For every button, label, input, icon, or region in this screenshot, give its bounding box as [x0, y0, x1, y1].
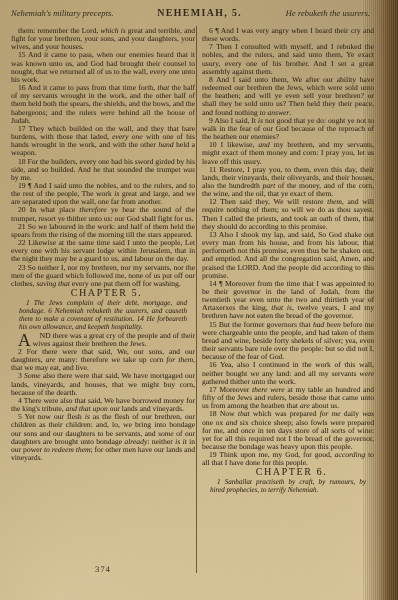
verse: 21 So we laboured in the work: and half …: [11, 223, 195, 239]
verse: 22 Likewise at the same time said I unto…: [11, 239, 195, 263]
verse: 3 Some also there were that said, We hav…: [11, 372, 195, 396]
running-head-book-title: NEHEMIAH, 5.: [157, 8, 242, 19]
verse: 5 Yet now our flesh is as the flesh of o…: [11, 413, 195, 462]
verse: 15 But the former governors that had bee…: [202, 321, 374, 362]
verse: 2 For there were that said, We, our sons…: [11, 348, 195, 372]
verse: 12 Then said they, We will restore them,…: [202, 198, 374, 231]
running-head: Nehemiah's military precepts. NEHEMIAH, …: [11, 8, 370, 19]
verse: 6 ¶ And I was very angry when I heard th…: [202, 27, 374, 43]
verse: 14 ¶ Moreover from the time that I was a…: [202, 280, 374, 321]
bible-page: Nehemiah's military precepts. NEHEMIAH, …: [0, 0, 398, 600]
verse: 8 And I said unto them, We after our abi…: [202, 76, 374, 117]
drop-cap-letter: A: [11, 332, 33, 348]
verse: 16 Yea, also I continued in the work of …: [202, 361, 374, 385]
verse: 16 And it came to pass from that time fo…: [11, 84, 195, 125]
verse: 17 They which builded on the wall, and t…: [11, 125, 195, 158]
verse: 23 So neither I, nor my brethren, nor my…: [11, 264, 195, 288]
verse: 13 Also I shook my lap, and said, So God…: [202, 231, 374, 280]
summary: 1 Sanballat practiseth by craft, by rumo…: [202, 479, 374, 495]
verse: 10 I likewise, and my brethren, and my s…: [202, 141, 374, 165]
page-number: 374: [11, 564, 195, 574]
verse: 9 Also I said, It is not good that ye do…: [202, 117, 374, 141]
verse: 18 Now that which was prepared for me da…: [202, 410, 374, 451]
verse: 18 For the builders, every one had his s…: [11, 158, 195, 182]
dropcap-verse: AND there was a great cry of the people …: [11, 332, 195, 348]
verse: 11 Restore, I pray you, to them, even th…: [202, 166, 374, 199]
continuation: them: remember the Lord, which is great …: [11, 27, 195, 51]
summary: 1 The Jews complain of their debt, mortg…: [11, 300, 195, 332]
verse: 19 ¶ And I said unto the nobles, and to …: [11, 182, 195, 206]
left-text-column: them: remember the Lord, which is great …: [11, 27, 195, 462]
verse: 19 Think upon me, my God, for good, acco…: [202, 451, 374, 467]
verse: 17 Moreover there were at my table an hu…: [202, 386, 374, 410]
verse: 15 And it came to pass, when our enemies…: [11, 51, 195, 84]
running-head-left-note: Nehemiah's military precepts.: [11, 8, 113, 18]
running-head-right-note: He rebuketh the usurers.: [286, 8, 370, 18]
verse: 20 In what place therefore ye hear the s…: [11, 206, 195, 222]
verse: 7 Then I consulted with myself, and I re…: [202, 43, 374, 76]
verse: 4 There were also that said, We have bor…: [11, 397, 195, 413]
right-text-column: 6 ¶ And I was very angry when I heard th…: [202, 27, 374, 495]
column-divider-rule: [196, 26, 197, 573]
